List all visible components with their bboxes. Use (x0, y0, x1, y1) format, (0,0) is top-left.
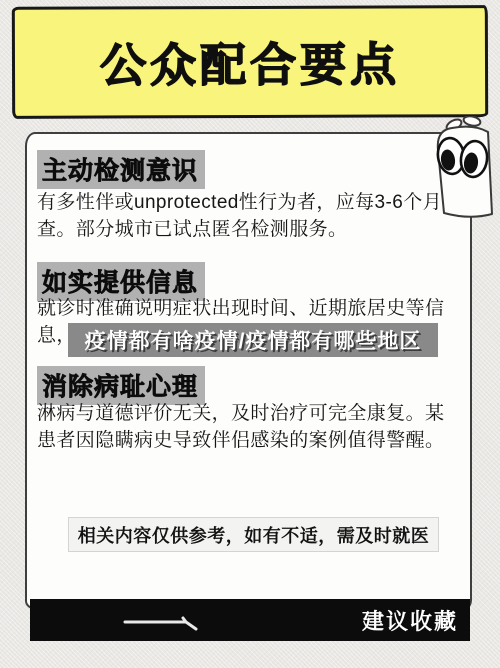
infographic-page: 公众配合要点 主动检测意识 有多性伴或unprotected性行为者，应每3-6… (0, 0, 500, 668)
footer-bar: 建议收藏 (30, 599, 470, 641)
hand-drawn-arrow-icon (122, 615, 208, 636)
section-heading-testing: 主动检测意识 (37, 150, 205, 189)
watermark-text: 疫情都有啥疫情/疫情都有哪些地区 (85, 325, 422, 355)
save-suggestion-label: 建议收藏 (362, 605, 458, 636)
content-card: 主动检测意识 有多性伴或unprotected性行为者，应每3-6个月筛查。部分… (25, 132, 472, 610)
disclaimer-box: 相关内容仅供参考，如有不适，需及时就医 (68, 517, 439, 552)
watermark-banner: 疫情都有啥疫情/疫情都有哪些地区 (68, 323, 438, 357)
disclaimer-text: 相关内容仅供参考，如有不适，需及时就医 (78, 522, 430, 548)
title-banner: 公众配合要点 (12, 5, 488, 119)
section-body-testing: 有多性伴或unprotected性行为者，应每3-6个月筛查。部分城市已试点匿名… (37, 189, 463, 243)
section-body-stigma: 淋病与道德评价无关，及时治疗可完全康复。某患者因隐瞒病史导致伴侣感染的案例值得警… (37, 400, 463, 454)
peeking-eyes-icon (428, 116, 500, 220)
page-title: 公众配合要点 (100, 28, 400, 95)
